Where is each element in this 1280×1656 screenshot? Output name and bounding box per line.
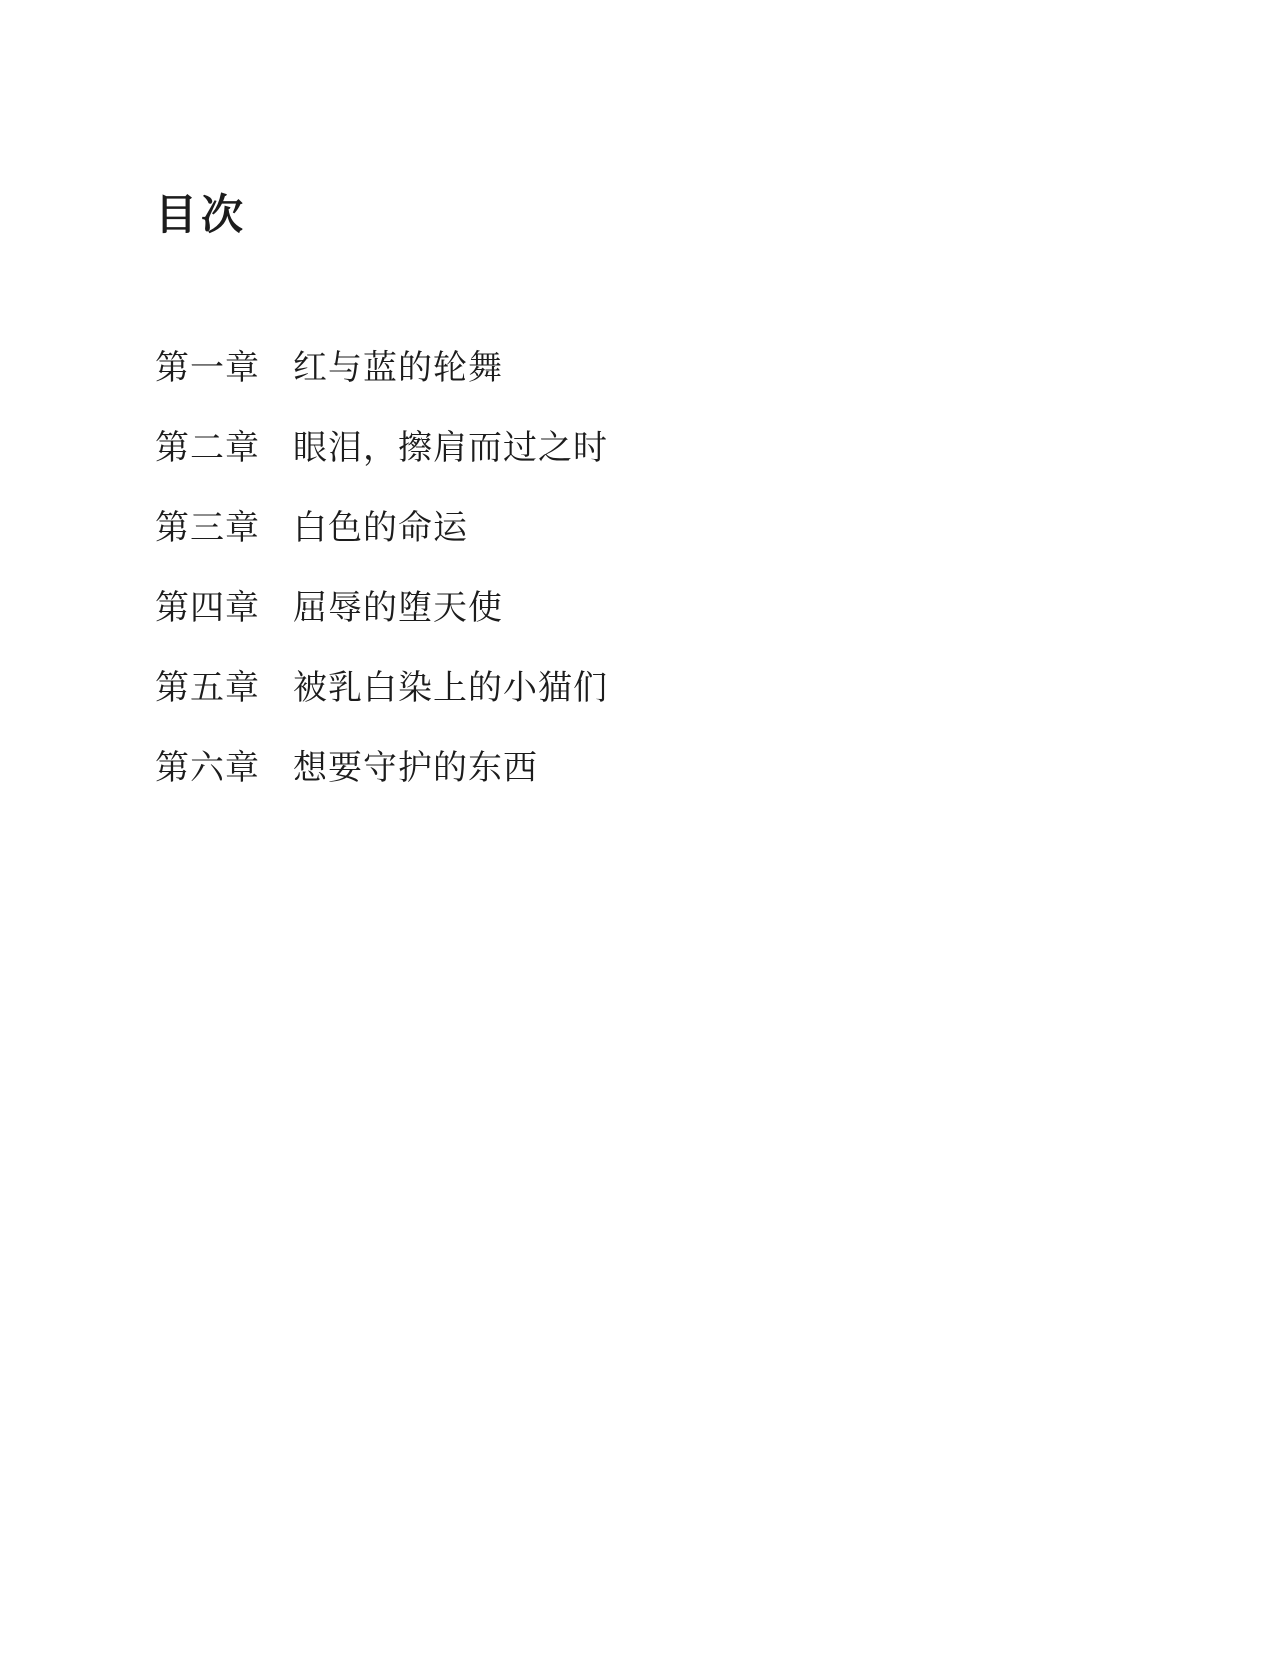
chapter-title: 眼泪，擦肩而过之时 [293, 426, 608, 470]
toc-entry-chapter-6[interactable]: 第六章 想要守护的东西 [155, 746, 538, 790]
page-title: 目次 [155, 194, 1220, 236]
chapter-number: 第一章 [155, 346, 260, 390]
toc-entry-chapter-2[interactable]: 第二章 眼泪，擦肩而过之时 [155, 426, 608, 470]
chapter-number: 第三章 [155, 506, 260, 550]
chapter-title: 白色的命运 [293, 506, 468, 550]
toc-entry-chapter-1[interactable]: 第一章 红与蓝的轮舞 [155, 346, 503, 390]
chapter-title: 红与蓝的轮舞 [293, 346, 503, 390]
chapter-title: 想要守护的东西 [293, 746, 538, 790]
chapter-title: 被乳白染上的小猫们 [293, 666, 608, 710]
toc-list: 第一章 红与蓝的轮舞 第二章 眼泪，擦肩而过之时 第三章 白色的命运 第四章 屈… [155, 346, 1220, 790]
chapter-number: 第六章 [155, 746, 260, 790]
chapter-title: 屈辱的堕天使 [293, 586, 503, 630]
toc-page: 目次 第一章 红与蓝的轮舞 第二章 眼泪，擦肩而过之时 第三章 白色的命运 第四… [0, 0, 1280, 790]
toc-entry-chapter-3[interactable]: 第三章 白色的命运 [155, 506, 468, 550]
toc-entry-chapter-4[interactable]: 第四章 屈辱的堕天使 [155, 586, 503, 630]
chapter-number: 第二章 [155, 426, 260, 470]
chapter-number: 第四章 [155, 586, 260, 630]
toc-entry-chapter-5[interactable]: 第五章 被乳白染上的小猫们 [155, 666, 608, 710]
chapter-number: 第五章 [155, 666, 260, 710]
